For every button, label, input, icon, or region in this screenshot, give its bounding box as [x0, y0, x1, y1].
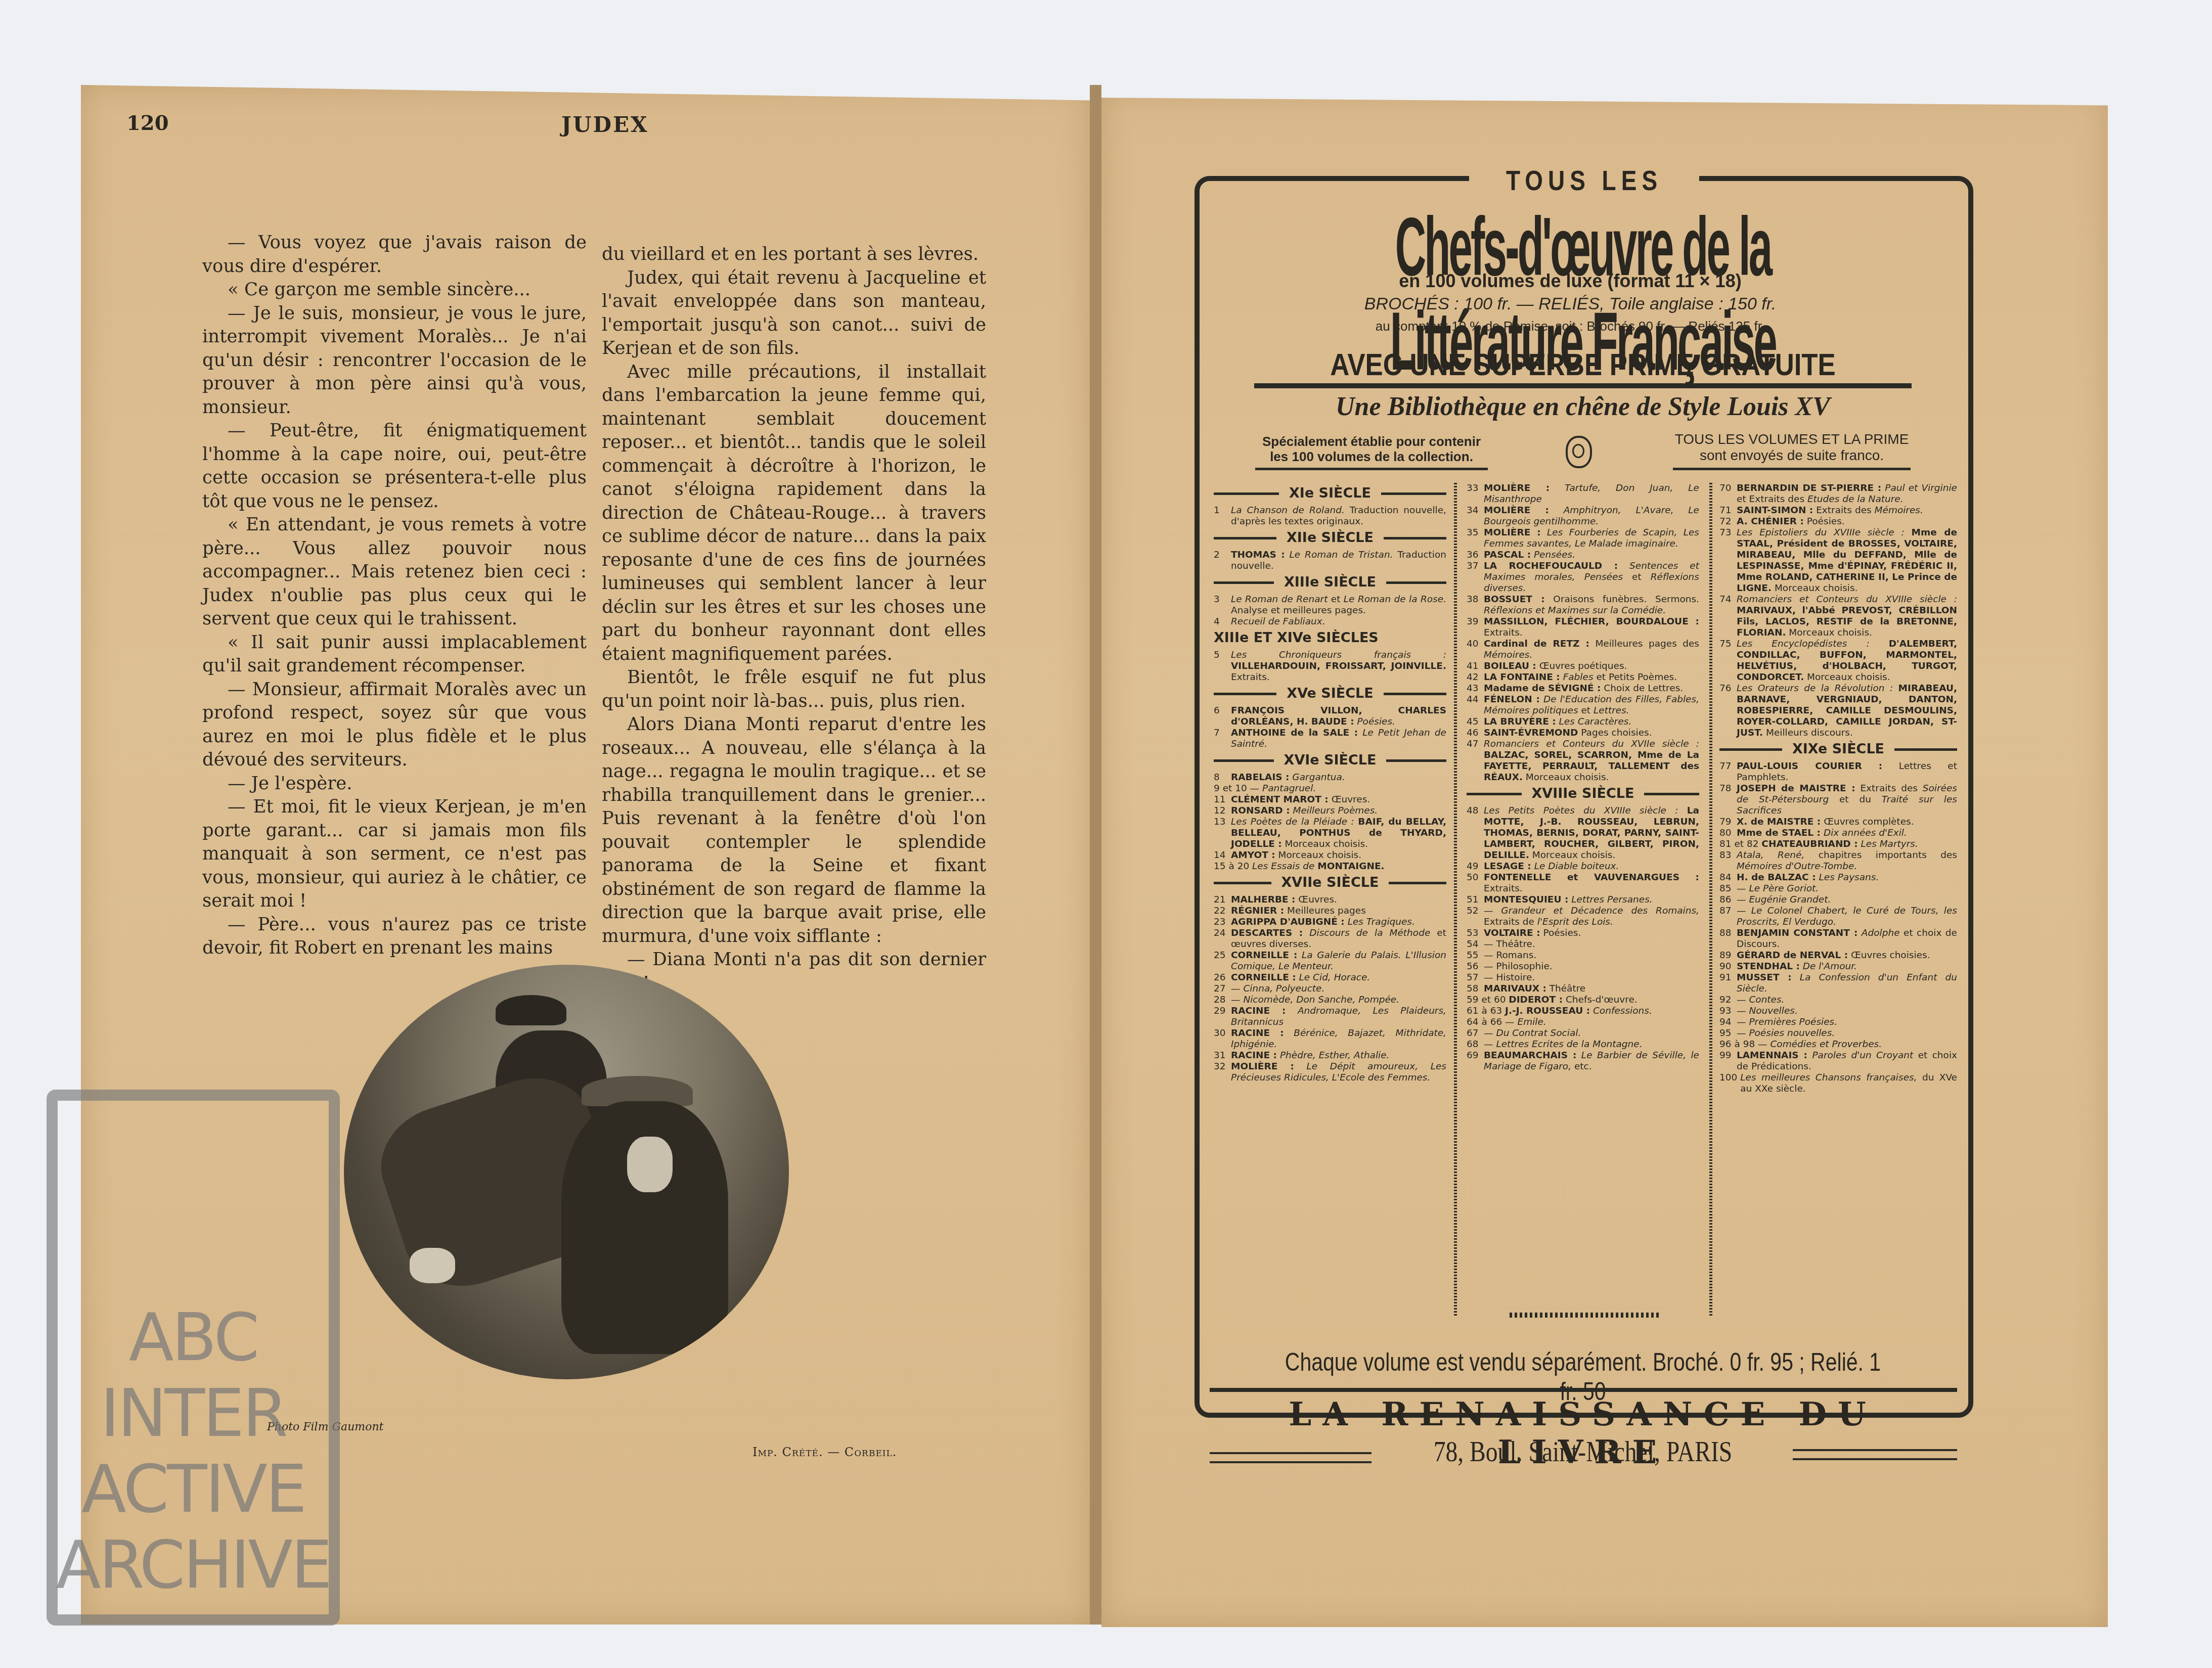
volume-title: MALHERBE : Œuvres. [1231, 894, 1446, 906]
volume-title: MASSILLON, FLÉCHIER, BOURDALOUE : Extrai… [1484, 616, 1699, 639]
paragraph: — Je le suis, monsieur, je vous le jure,… [202, 302, 587, 420]
volume-number: 30 [1214, 1028, 1231, 1050]
volume-number: 51 [1467, 894, 1484, 906]
century-heading: XVe SIÈCLE [1214, 688, 1446, 699]
volume-title: CLÉMENT MAROT : Œuvres. [1231, 794, 1446, 805]
volume-title: CHATEAUBRIAND : Les Martyrs. [1761, 839, 1957, 850]
watermark-line: ARCHIVE [47, 1532, 340, 1598]
volume-title: VOLTAIRE : Poésies. [1484, 928, 1699, 939]
volume-number: 92 [1719, 995, 1737, 1006]
volume-title: Mme de STAEL : Dix années d'Exil. [1737, 828, 1957, 839]
volume-title: LA ROCHEFOUCAULD : Sentences et Maximes … [1484, 561, 1699, 594]
text-column-left: — Vous voyez que j'avais raison de vous … [202, 231, 587, 960]
catalog-entry: 21 MALHERBE : Œuvres. [1214, 894, 1446, 906]
catalog-entry: 51 MONTESQUIEU : Lettres Persanes. [1467, 894, 1699, 906]
catalog-entry: 48 Les Petits Poètes du XVIIIe siècle : … [1467, 805, 1699, 861]
catalog-entry: 89 GÉRARD de NERVAL : Œuvres choisies. [1719, 950, 1957, 961]
volume-title: CORNEILLE : La Galerie du Palais. L'Illu… [1231, 950, 1446, 972]
catalog-entry: 50 FONTENELLE et VAUVENARGUES : Extraits… [1467, 872, 1699, 894]
divider-rule [1254, 383, 1912, 388]
volume-title: RONSARD : Meilleurs Poèmes. [1231, 805, 1446, 817]
volume-number: 50 [1467, 872, 1484, 894]
volume-number: 47 [1467, 739, 1484, 783]
volume-title: — Le Père Goriot. [1737, 883, 1957, 894]
volume-title: LESAGE : Le Diable boiteux. [1484, 861, 1699, 872]
catalog-entry: 12 RONSARD : Meilleurs Poèmes. [1214, 805, 1446, 817]
century-heading: XVIIIe SIÈCLE [1467, 788, 1699, 799]
divider-rule [1255, 468, 1488, 470]
century-heading: XIIIe ET XIVe SIÈCLES [1214, 633, 1446, 644]
divider-rule [1673, 468, 1911, 470]
volume-number: 31 [1214, 1050, 1231, 1061]
volume-number: 24 [1214, 928, 1231, 950]
volume-title: CORNEILLE : Le Cid, Horace. [1231, 972, 1446, 983]
catalog-entry: 61 à 63 J.-J. ROUSSEAU : Confessions. [1467, 1006, 1699, 1017]
catalog-entry: 45 LA BRUYÈRE : Les Caractères. [1467, 716, 1699, 728]
volume-number: 43 [1467, 683, 1484, 694]
volume-number: 94 [1719, 1017, 1737, 1028]
volume-title: Les Orateurs de la Révolution : MIRABEAU… [1737, 683, 1957, 739]
volume-title: — Eugénie Grandet. [1737, 894, 1957, 906]
volume-title: — Poésies nouvelles. [1737, 1028, 1957, 1039]
volume-title: BOILEAU : Œuvres poétiques. [1484, 661, 1699, 672]
catalog-entry: 37 LA ROCHEFOUCAULD : Sentences et Maxim… [1467, 561, 1699, 594]
volume-title: LAMENNAIS : Paroles d'un Croyant et choi… [1737, 1050, 1957, 1072]
catalog-entry: 23 AGRIPPA D'AUBIGNÉ : Les Tragiques. [1214, 917, 1446, 928]
volume-number: 95 [1719, 1028, 1737, 1039]
volume-title: Le Roman de Renart et Le Roman de la Ros… [1231, 594, 1446, 616]
volume-title: Recueil de Fabliaux. [1231, 616, 1446, 627]
catalog-column-1: XIe SIÈCLE1 La Chanson de Roland. Traduc… [1214, 483, 1446, 1084]
volume-title: Atala, René, chapitres importants des Mé… [1737, 850, 1957, 872]
catalog-entry: 26 CORNEILLE : Le Cid, Horace. [1214, 972, 1446, 983]
volume-number: 40 [1467, 639, 1484, 661]
volume-title: FONTENELLE et VAUVENARGUES : Extraits. [1484, 872, 1699, 894]
volume-number: 64 à 66 [1467, 1017, 1505, 1028]
catalog-entry: 43 Madame de SÉVIGNÉ : Choix de Lettres. [1467, 683, 1699, 694]
volume-title: LA FONTAINE : Fables et Petits Poèmes. [1484, 672, 1699, 683]
paragraph: — Vous voyez que j'avais raison de vous … [202, 231, 587, 278]
catalog-entry: 96 à 98 — Comédies et Proverbes. [1719, 1039, 1957, 1050]
volume-number: 99 [1719, 1050, 1737, 1072]
volume-title: DIDEROT : Chefs-d'œuvre. [1509, 995, 1699, 1006]
catalog-entry: 39 MASSILLON, FLÉCHIER, BOURDALOUE : Ext… [1467, 616, 1699, 639]
column-divider [1454, 483, 1457, 1317]
column-divider [1709, 483, 1712, 1317]
printer-imprint: Imp. Crété. — Corbeil. [753, 1445, 897, 1459]
volume-title: BENJAMIN CONSTANT : Adolphe et choix de … [1737, 928, 1957, 950]
volume-number: 27 [1214, 983, 1231, 995]
volume-title: Romanciers et Conteurs du XVIIe siècle :… [1484, 739, 1699, 783]
catalog-entry: 58 MARIVAUX : Théâtre [1467, 983, 1699, 995]
volume-title: SAINT-SIMON : Extraits des Mémoires. [1737, 505, 1957, 516]
volume-number: 1 [1214, 505, 1231, 527]
catalog-entry: 28 — Nicomède, Don Sanche, Pompée. [1214, 995, 1446, 1006]
catalog-entry: 24 DESCARTES : Discours de la Méthode et… [1214, 928, 1446, 950]
catalog-entry: 5 Les Chroniqueurs français : VILLEHARDO… [1214, 650, 1446, 683]
volume-number: 4 [1214, 616, 1231, 627]
catalog-entry: 84 H. de BALZAC : Les Paysans. [1719, 872, 1957, 883]
watermark-line: ACTIVE [47, 1456, 340, 1522]
volume-number: 73 [1719, 527, 1737, 594]
volume-number: 71 [1719, 505, 1737, 516]
volume-number: 5 [1214, 650, 1231, 683]
volume-title: STENDHAL : De l'Amour. [1737, 961, 1957, 972]
catalog-entry: 81 et 82 CHATEAUBRIAND : Les Martyrs. [1719, 839, 1957, 850]
catalog-entry: 74 Romanciers et Conteurs du XVIIIe sièc… [1719, 594, 1957, 639]
volume-number: 91 [1719, 972, 1737, 995]
volume-title: LA BRUYÈRE : Les Caractères. [1484, 716, 1699, 728]
volume-number: 29 [1214, 1006, 1231, 1028]
catalog-entry: 93 — Nouvelles. [1719, 1006, 1957, 1017]
volume-number: 54 [1467, 939, 1484, 950]
catalog-entry: 40 Cardinal de RETZ : Meilleures pages d… [1467, 639, 1699, 661]
catalog-entry: 83 Atala, René, chapitres importants des… [1719, 850, 1957, 872]
volume-title: Les Poètes de la Pléiade : BAIF, du BELL… [1231, 817, 1446, 850]
volume-number: 32 [1214, 1061, 1231, 1084]
text-column-right: du vieillard et en les portant à ses lèv… [602, 243, 986, 995]
volume-number: 45 [1467, 716, 1484, 728]
volume-number: 74 [1719, 594, 1737, 639]
film-still-photo [344, 965, 789, 1379]
volume-title: MARIVAUX : Théâtre [1484, 983, 1699, 995]
volume-title: — Comédies et Proverbes. [1758, 1039, 1957, 1050]
catalog-entry: 91 MUSSET : La Confession d'un Enfant du… [1719, 972, 1957, 995]
catalog-entry: 52 — Grandeur et Décadence des Romains, … [1467, 906, 1699, 928]
catalog-entry: 33 MOLIÈRE : Tartufe, Don Juan, Le Misan… [1467, 483, 1699, 505]
volume-title: RACINE : Phèdre, Esther, Athalie. [1231, 1050, 1446, 1061]
volume-number: 36 [1467, 550, 1484, 561]
catalog-entry: 3 Le Roman de Renart et Le Roman de la R… [1214, 594, 1446, 616]
catalog-entry: 94 — Premières Poésies. [1719, 1017, 1957, 1028]
volume-title: La Chanson de Roland. Traduction nouvell… [1231, 505, 1446, 527]
paragraph: « En attendant, je vous remets à votre p… [202, 513, 587, 631]
volume-number: 6 [1214, 705, 1231, 728]
catalog-entry: 69 BEAUMARCHAIS : Le Barbier de Séville,… [1467, 1050, 1699, 1072]
volume-number: 48 [1467, 805, 1484, 861]
volume-number: 85 [1719, 883, 1737, 894]
discount-line: au comptant 10 % de Remise, soit : Broch… [1234, 319, 1907, 334]
catalog-entry: 27 — Cinna, Polyeucte. [1214, 983, 1446, 995]
volume-number: 100 [1719, 1072, 1740, 1095]
volume-number: 87 [1719, 906, 1737, 928]
volume-title: — Grandeur et Décadence des Romains, Ext… [1484, 906, 1699, 928]
catalog-entry: 77 PAUL-LOUIS COURIER : Lettres et Pamph… [1719, 761, 1957, 783]
shipping-note: TOUS LES VOLUMES ET LA PRIME sont envoyé… [1673, 431, 1911, 464]
format-line: en 100 volumes de luxe (format 11 × 18) [1234, 271, 1907, 292]
volume-title: Cardinal de RETZ : Meilleures pages des … [1484, 639, 1699, 661]
catalog-entry: 4 Recueil de Fabliaux. [1214, 616, 1446, 627]
volume-title: — Du Contrat Social. [1484, 1028, 1699, 1039]
catalog-entry: 9 et 10 — Pantagruel. [1214, 783, 1446, 794]
special-note: Spécialement établie pour contenir les 1… [1255, 434, 1488, 464]
catalog-entry: 47 Romanciers et Conteurs du XVIIe siècl… [1467, 739, 1699, 783]
volume-title: SAINT-ÉVREMOND Pages choisies. [1484, 728, 1699, 739]
volume-title: RACINE : Andromaque, Les Plaideurs, Brit… [1231, 1006, 1446, 1028]
volume-title: — Emile. [1505, 1017, 1699, 1028]
century-heading: XVIIe SIÈCLE [1214, 877, 1446, 888]
catalog-entry: 88 BENJAMIN CONSTANT : Adolphe et choix … [1719, 928, 1957, 950]
catalog-entry: 34 MOLIÈRE : Amphitryon, L'Avare, Le Bou… [1467, 505, 1699, 527]
century-heading: XIe SIÈCLE [1214, 488, 1446, 499]
catalog-entry: 78 JOSEPH de MAISTRE : Extraits des Soir… [1719, 783, 1957, 817]
volume-number: 38 [1467, 594, 1484, 616]
publisher-address: 78, Boul. Saint-Michel, PARIS [1355, 1436, 1811, 1468]
volume-number: 93 [1719, 1006, 1737, 1017]
volume-number: 83 [1719, 850, 1737, 872]
catalog-entry: 30 RACINE : Bérénice, Bajazet, Mithridat… [1214, 1028, 1446, 1050]
volume-number: 78 [1719, 783, 1737, 817]
volume-title: MOLIÈRE : Tartufe, Don Juan, Le Misanthr… [1484, 483, 1699, 505]
catalog-entry: 36 PASCAL : Pensées. [1467, 550, 1699, 561]
volume-title: PASCAL : Pensées. [1484, 550, 1699, 561]
catalog-entry: 38 BOSSUET : Oraisons funèbres. Sermons.… [1467, 594, 1699, 616]
catalog-entry: 95 — Poésies nouvelles. [1719, 1028, 1957, 1039]
volume-number: 52 [1467, 906, 1484, 928]
volume-number: 69 [1467, 1050, 1484, 1072]
paragraph: — Et moi, fit le vieux Kerjean, je m'en … [202, 795, 587, 913]
catalog-entry: 71 SAINT-SIMON : Extraits des Mémoires. [1719, 505, 1957, 516]
volume-title: Les meilleures Chansons françaises, du X… [1740, 1072, 1957, 1095]
volume-number: 33 [1467, 483, 1484, 505]
catalog-entry: 56 — Philosophie. [1467, 961, 1699, 972]
ad-header-small: TOUS LES [1469, 164, 1699, 197]
volume-number: 86 [1719, 894, 1737, 906]
catalog-entry: 53 VOLTAIRE : Poésies. [1467, 928, 1699, 939]
volume-number: 7 [1214, 728, 1231, 750]
volume-title: — Premières Poésies. [1737, 1017, 1957, 1028]
volume-title: MOLIÈRE : Le Dépit amoureux, Les Précieu… [1231, 1061, 1446, 1084]
volume-number: 56 [1467, 961, 1484, 972]
volume-number: 42 [1467, 672, 1484, 683]
volume-title: H. de BALZAC : Les Paysans. [1737, 872, 1957, 883]
volume-title: — Nicomède, Don Sanche, Pompée. [1231, 995, 1446, 1006]
catalog-entry: 6 FRANÇOIS VILLON, CHARLES d'ORLÉANS, H.… [1214, 705, 1446, 728]
volume-title: AMYOT : Morceaux choisis. [1231, 850, 1446, 861]
volume-title: Les Chroniqueurs français : VILLEHARDOUI… [1231, 650, 1446, 683]
catalog-entry: 41 BOILEAU : Œuvres poétiques. [1467, 661, 1699, 672]
catalog-entry: 76 Les Orateurs de la Révolution : MIRAB… [1719, 683, 1957, 739]
catalog-entry: 11 CLÉMENT MAROT : Œuvres. [1214, 794, 1446, 805]
volume-title: — Romans. [1484, 950, 1699, 961]
century-heading: XIIIe SIÈCLE [1214, 577, 1446, 588]
paragraph: « Ce garçon me semble sincère... [202, 278, 587, 302]
volume-number: 89 [1719, 950, 1737, 961]
volume-title: — Le Colonel Chabert, le Curé de Tours, … [1737, 906, 1957, 928]
volume-title: X. de MAISTRE : Œuvres complètes. [1737, 817, 1957, 828]
volume-number: 35 [1467, 527, 1484, 550]
wavy-ornament [1510, 1313, 1661, 1318]
volume-title: MOLIÈRE : Les Fourberies de Scapin, Les … [1484, 527, 1699, 550]
volume-number: 37 [1467, 561, 1484, 594]
volume-title: Les Essais de MONTAIGNE. [1252, 861, 1446, 872]
volume-number: 58 [1467, 983, 1484, 995]
volume-title: — Contes. [1737, 995, 1957, 1006]
volume-title: ANTHOINE de la SALE : Le Petit Jehan de … [1231, 728, 1446, 750]
catalog-entry: 99 LAMENNAIS : Paroles d'un Croyant et c… [1719, 1050, 1957, 1072]
prime-headline: AVEC UNE SUPERBE PRIME GRATUITE [1304, 347, 1863, 383]
volume-number: 53 [1467, 928, 1484, 939]
volume-title: MUSSET : La Confession d'un Enfant du Si… [1737, 972, 1957, 995]
volume-number: 96 à 98 [1719, 1039, 1758, 1050]
century-heading: XVIe SIÈCLE [1214, 755, 1446, 766]
volume-number: 57 [1467, 972, 1484, 983]
volume-number: 88 [1719, 928, 1737, 950]
volume-number: 3 [1214, 594, 1231, 616]
catalog-entry: 7 ANTHOINE de la SALE : Le Petit Jehan d… [1214, 728, 1446, 750]
catalog-entry: 70 BERNARDIN DE ST-PIERRE : Paul et Virg… [1719, 483, 1957, 505]
volume-number: 2 [1214, 550, 1231, 572]
catalog-entry: 92 — Contes. [1719, 995, 1957, 1006]
catalog-entry: 54 — Théâtre. [1467, 939, 1699, 950]
catalog-entry: 55 — Romans. [1467, 950, 1699, 961]
volume-number: 77 [1719, 761, 1737, 783]
volume-number: 70 [1719, 483, 1737, 505]
volume-number: 12 [1214, 805, 1231, 817]
volume-title: — Lettres Ecrites de la Montagne. [1484, 1039, 1699, 1050]
paragraph: Avec mille précautions, il installait da… [602, 360, 986, 666]
paragraph: Alors Diana Monti reparut d'entre les ro… [602, 713, 986, 948]
catalog-entry: 42 LA FONTAINE : Fables et Petits Poèmes… [1467, 672, 1699, 683]
volume-number: 68 [1467, 1039, 1484, 1050]
catalog-entry: 80 Mme de STAEL : Dix années d'Exil. [1719, 828, 1957, 839]
volume-number: 84 [1719, 872, 1737, 883]
volume-title: MONTESQUIEU : Lettres Persanes. [1484, 894, 1699, 906]
catalog-entry: 31 RACINE : Phèdre, Esther, Athalie. [1214, 1050, 1446, 1061]
paragraph: du vieillard et en les portant à ses lèv… [602, 243, 986, 266]
paragraph: Judex, qui était revenu à Jacqueline et … [602, 266, 986, 360]
rose-ornament-icon [1566, 436, 1592, 468]
catalog-entry: 32 MOLIÈRE : Le Dépit amoureux, Les Préc… [1214, 1061, 1446, 1084]
century-heading: XIXe SIÈCLE [1719, 744, 1957, 755]
volume-number: 76 [1719, 683, 1737, 739]
volume-title: RÉGNIER : Meilleures pages [1231, 906, 1446, 917]
catalog-entry: 68 — Lettres Ecrites de la Montagne. [1467, 1039, 1699, 1050]
volume-number: 46 [1467, 728, 1484, 739]
volume-title: J.-J. ROUSSEAU : Confessions. [1505, 1006, 1699, 1017]
volume-title: — Histoire. [1484, 972, 1699, 983]
watermark-line: INTER [47, 1380, 340, 1446]
catalog-entry: 86 — Eugénie Grandet. [1719, 894, 1957, 906]
catalog-entry: 14 AMYOT : Morceaux choisis. [1214, 850, 1446, 861]
book-gutter [1090, 85, 1101, 1625]
catalog-entry: 49 LESAGE : Le Diable boiteux. [1467, 861, 1699, 872]
volume-title: — Théâtre. [1484, 939, 1699, 950]
volume-number: 75 [1719, 639, 1737, 683]
volume-number: 44 [1467, 694, 1484, 716]
catalog-entry: 1 La Chanson de Roland. Traduction nouve… [1214, 505, 1446, 527]
volume-title: — Cinna, Polyeucte. [1231, 983, 1446, 995]
volume-title: BERNARDIN DE ST-PIERRE : Paul et Virgini… [1737, 483, 1957, 505]
catalog-entry: 85 — Le Père Goriot. [1719, 883, 1957, 894]
volume-number: 55 [1467, 950, 1484, 961]
paragraph: Bientôt, le frêle esquif ne fut plus qu'… [602, 666, 986, 713]
running-head: JUDEX [561, 112, 649, 137]
volume-number: 9 et 10 [1214, 783, 1250, 794]
volume-title: A. CHÉNIER : Poésies. [1737, 516, 1957, 527]
volume-number: 39 [1467, 616, 1484, 639]
catalog-entry: 75 Les Encyclopédistes : D'ALEMBERT, CON… [1719, 639, 1957, 683]
volume-number: 80 [1719, 828, 1737, 839]
volume-title: PAUL-LOUIS COURIER : Lettres et Pamphlet… [1737, 761, 1957, 783]
volume-title: — Pantagruel. [1250, 783, 1446, 794]
catalog-entry: 79 X. de MAISTRE : Œuvres complètes. [1719, 817, 1957, 828]
paragraph: — Peut-être, fit énigmatiquement l'homme… [202, 419, 587, 513]
volume-title: JOSEPH de MAISTRE : Extraits des Soirées… [1737, 783, 1957, 817]
catalog-entry: 25 CORNEILLE : La Galerie du Palais. L'I… [1214, 950, 1446, 972]
volume-title: FRANÇOIS VILLON, CHARLES d'ORLÉANS, H. B… [1231, 705, 1446, 728]
paragraph: — Monsieur, affirmait Moralès avec un pr… [202, 678, 587, 772]
volume-title: RABELAIS : Gargantua. [1231, 772, 1446, 783]
volume-number: 72 [1719, 516, 1737, 527]
catalog-entry: 2 THOMAS : Le Roman de Tristan. Traducti… [1214, 550, 1446, 572]
double-rule-right [1793, 1449, 1957, 1460]
catalog-column-2: 33 MOLIÈRE : Tartufe, Don Juan, Le Misan… [1467, 483, 1699, 1072]
volume-number: 67 [1467, 1028, 1484, 1039]
volume-number: 25 [1214, 950, 1231, 972]
volume-number: 34 [1467, 505, 1484, 527]
volume-number: 61 à 63 [1467, 1006, 1505, 1017]
volume-number: 11 [1214, 794, 1231, 805]
catalog-entry: 67 — Du Contrat Social. [1467, 1028, 1699, 1039]
paragraph: — Père... vous n'aurez pas ce triste dev… [202, 913, 587, 960]
volume-title: BEAUMARCHAIS : Le Barbier de Séville, le… [1484, 1050, 1699, 1072]
volume-title: THOMAS : Le Roman de Tristan. Traduction… [1231, 550, 1446, 572]
volume-title: BOSSUET : Oraisons funèbres. Sermons. Ré… [1484, 594, 1699, 616]
volume-title: — Philosophie. [1484, 961, 1699, 972]
volume-number: 22 [1214, 906, 1231, 917]
volume-number: 41 [1467, 661, 1484, 672]
volume-number: 14 [1214, 850, 1231, 861]
catalog-entry: 46 SAINT-ÉVREMOND Pages choisies. [1467, 728, 1699, 739]
paragraph: « Il sait punir aussi implacablement qu'… [202, 631, 587, 678]
volume-number: 26 [1214, 972, 1231, 983]
volume-number: 90 [1719, 961, 1737, 972]
catalog-entry: 57 — Histoire. [1467, 972, 1699, 983]
catalog-entry: 29 RACINE : Andromaque, Les Plaideurs, B… [1214, 1006, 1446, 1028]
volume-number: 21 [1214, 894, 1231, 906]
catalog-column-3: 70 BERNARDIN DE ST-PIERRE : Paul et Virg… [1719, 483, 1957, 1095]
volume-title: Les Epistoliers du XVIIIe siècle : Mme d… [1737, 527, 1957, 594]
double-rule-left [1210, 1452, 1372, 1463]
volume-title: AGRIPPA D'AUBIGNÉ : Les Tragiques. [1231, 917, 1446, 928]
volume-title: DESCARTES : Discours de la Méthode et œu… [1231, 928, 1446, 950]
volume-title: GÉRARD de NERVAL : Œuvres choisies. [1737, 950, 1957, 961]
catalog-entry: 72 A. CHÉNIER : Poésies. [1719, 516, 1957, 527]
volume-title: Les Encyclopédistes : D'ALEMBERT, CONDIL… [1737, 639, 1957, 683]
volume-title: — Nouvelles. [1737, 1006, 1957, 1017]
catalog-entry: 87 — Le Colonel Chabert, le Curé de Tour… [1719, 906, 1957, 928]
century-heading: XIIe SIÈCLE [1214, 532, 1446, 544]
watermark-line: ABC [47, 1304, 340, 1370]
volume-title: RACINE : Bérénice, Bajazet, Mithridate, … [1231, 1028, 1446, 1050]
volume-number: 23 [1214, 917, 1231, 928]
volume-title: Madame de SÉVIGNÉ : Choix de Lettres. [1484, 683, 1699, 694]
catalog-entry: 100 Les meilleures Chansons françaises, … [1719, 1072, 1957, 1095]
volume-number: 13 [1214, 817, 1231, 850]
volume-number: 28 [1214, 995, 1231, 1006]
catalog-entry: 22 RÉGNIER : Meilleures pages [1214, 906, 1446, 917]
volume-number: 15 à 20 [1214, 861, 1252, 872]
catalog-entry: 59 et 60 DIDEROT : Chefs-d'œuvre. [1467, 995, 1699, 1006]
volume-number: 79 [1719, 817, 1737, 828]
catalog-entry: 15 à 20 Les Essais de MONTAIGNE. [1214, 861, 1446, 872]
catalog-entry: 44 FÉNELON : De l'Education des Filles, … [1467, 694, 1699, 716]
volume-title: FÉNELON : De l'Education des Filles, Fab… [1484, 694, 1699, 716]
catalog-entry: 35 MOLIÈRE : Les Fourberies de Scapin, L… [1467, 527, 1699, 550]
catalog-entry: 64 à 66 — Emile. [1467, 1017, 1699, 1028]
prime-subtitle: Une Bibliothèque en chêne de Style Louis… [1254, 392, 1912, 422]
